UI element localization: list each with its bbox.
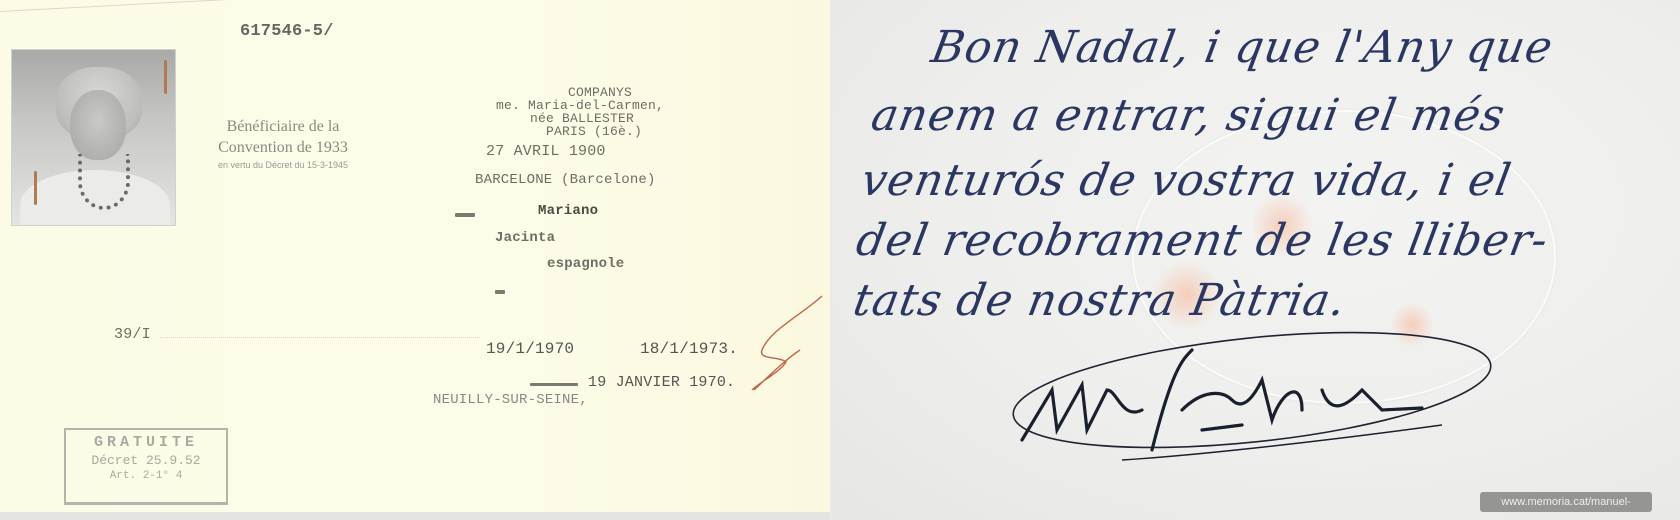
portrait-photo xyxy=(11,49,176,226)
gratuite-stamp: GRATUITE Décret 25.9.52 Art. 2-1° 4 xyxy=(64,428,228,505)
source-watermark[interactable]: www.memoria.cat/manuel-companys xyxy=(1480,492,1652,512)
expiry-date: 18/1/1973. xyxy=(640,340,738,358)
stamp-line1: GRATUITE xyxy=(66,434,226,451)
staple-icon xyxy=(34,171,37,205)
dotted-rule xyxy=(160,337,480,338)
signature xyxy=(1002,330,1542,480)
beneficiary-stamp: Bénéficiaire de la Convention de 1933 en… xyxy=(198,116,368,172)
birth-date: 27 AVRIL 1900 xyxy=(486,143,606,160)
necklace xyxy=(78,154,130,210)
handwritten-line-5: tats de nostra Pàtria. xyxy=(850,275,1351,326)
handwritten-line-3: venturós de vostra vida, i el xyxy=(858,155,1516,206)
dash-mark xyxy=(530,383,578,386)
identity-block: COMPANYS me. Maria-del-Carmen, née BALLE… xyxy=(480,86,710,138)
handwritten-line-2: anem a entrar, sigui el més xyxy=(868,90,1510,141)
birth-place: BARCELONE (Barcelone) xyxy=(475,172,656,188)
reference-number: 617546-5/ xyxy=(240,22,334,41)
identity-card: 617546-5/ Bénéficiaire de la Convention … xyxy=(0,0,830,512)
paper-crease xyxy=(0,0,340,13)
father-name: Mariano xyxy=(538,203,598,219)
handwritten-line-4: del recobrament de les lliber- xyxy=(853,215,1553,266)
mother-name: Jacinta xyxy=(495,230,555,246)
issue-date: 19/1/1970 xyxy=(486,340,574,358)
scan-edge xyxy=(0,512,830,520)
stamp-line2: Décret 25.9.52 xyxy=(66,453,226,468)
issue-date-long: 19 JANVIER 1970. xyxy=(588,374,735,391)
beneficiary-line1: Bénéficiaire de la xyxy=(198,116,368,137)
issue-place: NEUILLY-SUR-SEINE, xyxy=(433,392,588,408)
stamp-line3: Art. 2-1° 4 xyxy=(66,470,226,482)
dash-mark xyxy=(455,213,475,217)
file-code: 39/I xyxy=(114,326,151,343)
beneficiary-decree: en vertu du Décret du 15-3-1945 xyxy=(198,158,368,172)
staple-icon xyxy=(164,60,167,94)
handwritten-line-1: Bon Nadal, i que l'Any que xyxy=(928,22,1558,73)
red-pencil-mark xyxy=(740,290,830,400)
nationality: espagnole xyxy=(547,256,624,272)
residence: PARIS (16è.) xyxy=(480,125,710,138)
beneficiary-line2: Convention de 1933 xyxy=(198,137,368,158)
handwritten-card: Bon Nadal, i que l'Any que anem a entrar… xyxy=(832,0,1680,520)
dash-mark xyxy=(495,290,505,294)
